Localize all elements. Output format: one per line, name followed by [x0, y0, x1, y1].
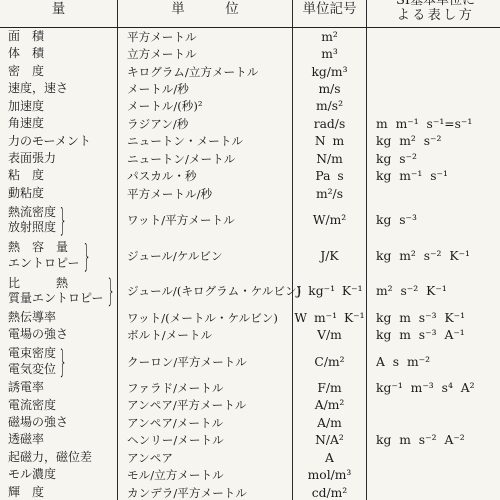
unit-cell-text: ワット/平方メートル [127, 212, 235, 228]
quantity-label: モル濃度 [8, 467, 56, 483]
table-row: 力のモーメントニュートン・メートルN mkg m² s⁻² [0, 133, 500, 150]
unit-cell-text: クーロン/平方メートル [127, 354, 247, 370]
quantity-label: 力のモーメント [8, 134, 91, 150]
symbol-cell: mol/m³ [293, 466, 367, 483]
table-row: 熱伝導率ワット/(メートル・ケルビン)W m⁻¹ K⁻¹kg m s⁻³ K⁻¹ [0, 309, 500, 326]
header-cell-si-expression: SI基本単位に よる表し方 [367, 0, 500, 27]
header-symbol-label: 単位記号 [303, 0, 357, 19]
quantity-cell: 力のモーメント [0, 133, 118, 150]
quantity-cell: 動粘度 [0, 185, 118, 202]
unit-cell: ボルト/メートル [118, 326, 293, 343]
table-row: 熱 容 量エントロピー}ジュール/ケルビンJ/Kkg m² s⁻² K⁻¹ [0, 238, 500, 274]
table-header-row: 量 単 位 単位記号 SI基本単位に よる表し方 [0, 0, 500, 28]
quantity-label: 質量エントロピー [8, 291, 104, 307]
unit-cell: メートル/秒 [118, 80, 293, 97]
symbol-cell-text: m² [321, 30, 338, 44]
quantity-label: 体 積 [8, 46, 44, 62]
table-row: 電場の強さボルト/メートルV/mkg m s⁻³ A⁻¹ [0, 326, 500, 343]
quantity-label: 起磁力，磁位差 [8, 450, 92, 466]
unit-cell-text: ジュール/ケルビン [127, 248, 223, 264]
quantity-cell: 角速度 [0, 115, 118, 132]
si-expression-cell [367, 80, 500, 97]
unit-cell: ワット/平方メートル [118, 202, 293, 238]
table-row: 電束密度電気変位}クーロン/平方メートルC/m²A s m⁻² [0, 344, 500, 380]
quantity-label: 加速度 [8, 99, 44, 115]
unit-cell-text: ラジアン/秒 [127, 116, 188, 132]
quantity-label: 面 積 [8, 29, 44, 45]
table-row: 動粘度平方メートル/秒m²/s [0, 185, 500, 202]
header-cell-symbol: 単位記号 [293, 0, 367, 27]
quantity-label: 速度，速さ [8, 81, 68, 97]
quantity-label: 電気変位 [8, 362, 56, 378]
symbol-cell: N/A² [293, 432, 367, 449]
si-expression-cell-text: A s m⁻² [376, 355, 430, 369]
quantity-label: 磁場の強さ [8, 415, 68, 431]
quantity-label: 透磁率 [8, 432, 44, 448]
table-row: モル濃度モル/立方メートルmol/m³ [0, 466, 500, 483]
unit-cell: ヘンリー/メートル [118, 432, 293, 449]
header-si-label-line2: よる表し方 [397, 8, 475, 23]
brace-glyph: } [82, 237, 90, 274]
table-row: 誘電率ファラド/メートルF/mkg⁻¹ m⁻³ s⁴ A² [0, 379, 500, 396]
symbol-cell: N/m [293, 150, 367, 167]
symbol-cell: A/m [293, 414, 367, 431]
symbol-cell-text: F/m [317, 381, 341, 395]
si-expression-cell: kg m⁻¹ s⁻¹ [367, 168, 500, 185]
unit-cell-text: ワット/(メートル・ケルビン) [127, 310, 278, 326]
header-si-label-line1: SI基本単位に [396, 0, 475, 8]
si-expression-cell [367, 484, 500, 500]
table-row: 体 積立方メートルm³ [0, 45, 500, 62]
unit-cell: アンペア [118, 449, 293, 466]
unit-cell: ニュートン・メートル [118, 133, 293, 150]
symbol-cell: W/m² [293, 202, 367, 238]
symbol-cell: V/m [293, 326, 367, 343]
quantity-label: 熱流密度 [8, 205, 56, 221]
unit-cell: ファラド/メートル [118, 379, 293, 396]
unit-cell: クーロン/平方メートル [118, 344, 293, 380]
quantity-label: 密 度 [8, 64, 44, 80]
unit-cell-text: モル/立方メートル [127, 467, 224, 483]
si-expression-cell [367, 397, 500, 414]
table-row: 速度，速さメートル/秒m/s [0, 80, 500, 97]
symbol-cell: m/s² [293, 98, 367, 115]
si-expression-cell [367, 449, 500, 466]
brace-glyph: } [106, 273, 114, 310]
si-expression-cell: kg m s⁻³ K⁻¹ [367, 309, 500, 326]
unit-cell: ラジアン/秒 [118, 115, 293, 132]
symbol-cell-text: m/s [318, 82, 340, 96]
symbol-cell-text: mol/m³ [308, 468, 352, 482]
si-expression-cell: A s m⁻² [367, 344, 500, 380]
quantity-label: 電束密度 [8, 346, 56, 362]
quantity-cell: 表面張力 [0, 150, 118, 167]
unit-cell-text: パスカル・秒 [127, 168, 197, 184]
symbol-cell: W m⁻¹ K⁻¹ [293, 309, 367, 326]
table-row: 熱流密度放射照度}ワット/平方メートルW/m²kg s⁻³ [0, 202, 500, 238]
si-expression-cell: m² s⁻² K⁻¹ [367, 273, 500, 309]
si-expression-cell [367, 414, 500, 431]
quantity-cell: 体 積 [0, 45, 118, 62]
si-expression-cell [367, 28, 500, 45]
quantity-label: 電場の強さ [8, 327, 68, 343]
si-expression-cell-text: kg s⁻³ [376, 213, 417, 227]
si-expression-cell-text: kg m⁻¹ s⁻¹ [376, 169, 448, 183]
quantity-label: 放射照度 [8, 220, 56, 236]
unit-cell-text: アンペア/メートル [127, 415, 223, 431]
header-cell-unit: 単 位 [118, 0, 293, 27]
quantity-cell: 磁場の強さ [0, 414, 118, 431]
symbol-cell: m² [293, 28, 367, 45]
quantity-label: 角速度 [8, 116, 44, 132]
si-expression-cell [367, 98, 500, 115]
symbol-cell-text: rad/s [314, 117, 346, 131]
symbol-cell-text: A/m² [315, 398, 345, 412]
symbol-cell: m/s [293, 80, 367, 97]
quantity-cell: 密 度 [0, 63, 118, 80]
unit-cell: アンペア/平方メートル [118, 397, 293, 414]
symbol-cell: A/m² [293, 397, 367, 414]
si-expression-cell: m m⁻¹ s⁻¹=s⁻¹ [367, 115, 500, 132]
si-expression-cell: kg m s⁻² A⁻² [367, 432, 500, 449]
quantity-cell: 誘電率 [0, 379, 118, 396]
quantity-cell: 熱流密度放射照度} [0, 202, 118, 238]
table-row: 表面張力ニュートン/メートルN/mkg s⁻² [0, 150, 500, 167]
unit-cell-text: メートル/(秒)² [127, 98, 203, 114]
quantity-label: 輝 度 [8, 485, 44, 500]
quantity-cell: モル濃度 [0, 466, 118, 483]
header-cell-quantity: 量 [0, 0, 118, 27]
symbol-cell-text: N/A² [315, 433, 344, 447]
units-table: 量 単 位 単位記号 SI基本単位に よる表し方 面 積平方メートルm²体 積立… [0, 0, 500, 500]
quantity-cell: 電場の強さ [0, 326, 118, 343]
unit-cell: メートル/(秒)² [118, 98, 293, 115]
unit-cell-text: ヘンリー/メートル [127, 432, 224, 448]
si-expression-cell: kg m² s⁻² [367, 133, 500, 150]
table-body: 面 積平方メートルm²体 積立方メートルm³密 度キログラム/立方メートルkg/… [0, 28, 500, 500]
header-unit-label: 単 位 [171, 0, 239, 19]
brace-glyph: } [59, 343, 67, 380]
quantity-cell: 面 積 [0, 28, 118, 45]
unit-cell: ワット/(メートル・ケルビン) [118, 309, 293, 326]
table-row: 磁場の強さアンペア/メートルA/m [0, 414, 500, 431]
table-row: 輝 度カンデラ/平方メートルcd/m² [0, 484, 500, 500]
si-expression-cell: kg m s⁻³ A⁻¹ [367, 326, 500, 343]
symbol-cell-text: m²/s [316, 187, 343, 201]
quantity-cell: 電流密度 [0, 397, 118, 414]
si-expression-cell: kg m² s⁻² K⁻¹ [367, 238, 500, 274]
unit-cell: 平方メートル/秒 [118, 185, 293, 202]
unit-cell-text: アンペア [127, 450, 173, 466]
unit-cell-text: ジュール/(キログラム・ケルビン) [127, 283, 301, 299]
symbol-cell-text: A/m [317, 416, 342, 430]
header-quantity-label: 量 [52, 0, 66, 19]
symbol-cell-text: V/m [317, 328, 342, 342]
unit-cell: キログラム/立方メートル [118, 63, 293, 80]
table-row: 透磁率ヘンリー/メートルN/A²kg m s⁻² A⁻² [0, 432, 500, 449]
unit-cell-text: カンデラ/平方メートル [127, 485, 247, 500]
table-row: 面 積平方メートルm² [0, 28, 500, 45]
unit-cell-text: 平方メートル/秒 [127, 186, 212, 202]
unit-cell: モル/立方メートル [118, 466, 293, 483]
brace-glyph: } [59, 202, 67, 239]
quantity-cell: 比 熱質量エントロピー} [0, 273, 118, 309]
symbol-cell-text: W/m² [313, 213, 346, 227]
si-expression-cell-text: kg m² s⁻² K⁻¹ [376, 249, 470, 263]
unit-cell: ジュール/(キログラム・ケルビン) [118, 273, 293, 309]
table-row: 粘 度パスカル・秒Pa skg m⁻¹ s⁻¹ [0, 168, 500, 185]
si-expression-cell: kg s⁻³ [367, 202, 500, 238]
unit-cell-text: 平方メートル [127, 29, 197, 45]
quantity-cell: 熱 容 量エントロピー} [0, 238, 118, 274]
symbol-cell: m³ [293, 45, 367, 62]
si-expression-cell-text: kg s⁻² [376, 152, 417, 166]
symbol-cell: A [293, 449, 367, 466]
si-expression-cell-text: m² s⁻² K⁻¹ [376, 284, 447, 298]
symbol-cell-text: C/m² [314, 355, 344, 369]
unit-cell-text: ボルト/メートル [127, 327, 212, 343]
si-expression-cell-text: kg m s⁻² A⁻² [376, 433, 465, 447]
symbol-cell: m²/s [293, 185, 367, 202]
unit-cell: 平方メートル [118, 28, 293, 45]
quantity-cell: 速度，速さ [0, 80, 118, 97]
symbol-cell: kg/m³ [293, 63, 367, 80]
si-expression-cell-text: kg m s⁻³ K⁻¹ [376, 311, 465, 325]
unit-cell-text: ニュートン・メートル [127, 133, 243, 149]
table-row: 起磁力，磁位差アンペアA [0, 449, 500, 466]
symbol-cell: J/K [293, 238, 367, 274]
symbol-cell: F/m [293, 379, 367, 396]
quantity-label: 電流密度 [8, 398, 56, 414]
unit-cell-text: キログラム/立方メートル [127, 64, 258, 80]
quantity-label: 動粘度 [8, 186, 44, 202]
symbol-cell-text: kg/m³ [311, 65, 347, 79]
symbol-cell: Pa s [293, 168, 367, 185]
symbol-cell-text: J kg⁻¹ K⁻¹ [296, 284, 362, 298]
symbol-cell: C/m² [293, 344, 367, 380]
si-expression-cell-text: m m⁻¹ s⁻¹=s⁻¹ [376, 117, 472, 131]
quantity-label: エントロピー [8, 256, 80, 272]
si-expression-cell [367, 185, 500, 202]
symbol-cell-text: N/m [316, 152, 343, 166]
unit-cell: アンペア/メートル [118, 414, 293, 431]
symbol-cell: cd/m² [293, 484, 367, 500]
table-row: 電流密度アンペア/平方メートルA/m² [0, 397, 500, 414]
symbol-cell: rad/s [293, 115, 367, 132]
unit-cell: カンデラ/平方メートル [118, 484, 293, 500]
si-expression-cell [367, 466, 500, 483]
quantity-label: 熱 容 量 [8, 240, 80, 256]
quantity-cell: 輝 度 [0, 484, 118, 500]
quantity-cell: 粘 度 [0, 168, 118, 185]
si-units-table-page: 量 単 位 単位記号 SI基本単位に よる表し方 面 積平方メートルm²体 積立… [0, 0, 500, 500]
unit-cell: パスカル・秒 [118, 168, 293, 185]
si-expression-cell [367, 63, 500, 80]
symbol-cell-text: N m [315, 134, 344, 148]
symbol-cell-text: Pa s [315, 169, 343, 183]
quantity-label: 誘電率 [8, 380, 44, 396]
unit-cell: ジュール/ケルビン [118, 238, 293, 274]
symbol-cell-text: cd/m² [312, 486, 348, 500]
symbol-cell: J kg⁻¹ K⁻¹ [293, 273, 367, 309]
quantity-label: 熱伝導率 [8, 310, 56, 326]
si-expression-cell: kg s⁻² [367, 150, 500, 167]
unit-cell-text: アンペア/平方メートル [127, 397, 246, 413]
table-row: 密 度キログラム/立方メートルkg/m³ [0, 63, 500, 80]
table-row: 加速度メートル/(秒)²m/s² [0, 98, 500, 115]
si-expression-cell-text: kg⁻¹ m⁻³ s⁴ A² [376, 381, 475, 395]
symbol-cell-text: W m⁻¹ K⁻¹ [294, 311, 364, 325]
quantity-cell: 加速度 [0, 98, 118, 115]
quantity-label: 比 熱 [8, 276, 104, 292]
unit-cell-text: ニュートン/メートル [127, 151, 235, 167]
quantity-label: 粘 度 [8, 168, 44, 184]
symbol-cell-text: J/K [320, 249, 338, 263]
quantity-cell: 電束密度電気変位} [0, 344, 118, 380]
symbol-cell-text: m/s² [316, 99, 343, 113]
quantity-cell: 起磁力，磁位差 [0, 449, 118, 466]
unit-cell: 立方メートル [118, 45, 293, 62]
symbol-cell-text: A [325, 451, 334, 465]
table-row: 角速度ラジアン/秒rad/sm m⁻¹ s⁻¹=s⁻¹ [0, 115, 500, 132]
quantity-cell: 熱伝導率 [0, 309, 118, 326]
table-row: 比 熱質量エントロピー}ジュール/(キログラム・ケルビン)J kg⁻¹ K⁻¹m… [0, 273, 500, 309]
unit-cell-text: 立方メートル [127, 46, 197, 62]
si-expression-cell-text: kg m² s⁻² [376, 134, 441, 148]
si-expression-cell-text: kg m s⁻³ A⁻¹ [376, 328, 465, 342]
quantity-cell: 透磁率 [0, 432, 118, 449]
si-expression-cell: kg⁻¹ m⁻³ s⁴ A² [367, 379, 500, 396]
si-expression-cell [367, 45, 500, 62]
unit-cell-text: メートル/秒 [127, 81, 189, 97]
quantity-label: 表面張力 [8, 151, 56, 167]
unit-cell-text: ファラド/メートル [127, 380, 223, 396]
unit-cell: ニュートン/メートル [118, 150, 293, 167]
symbol-cell-text: m³ [321, 47, 338, 61]
symbol-cell: N m [293, 133, 367, 150]
